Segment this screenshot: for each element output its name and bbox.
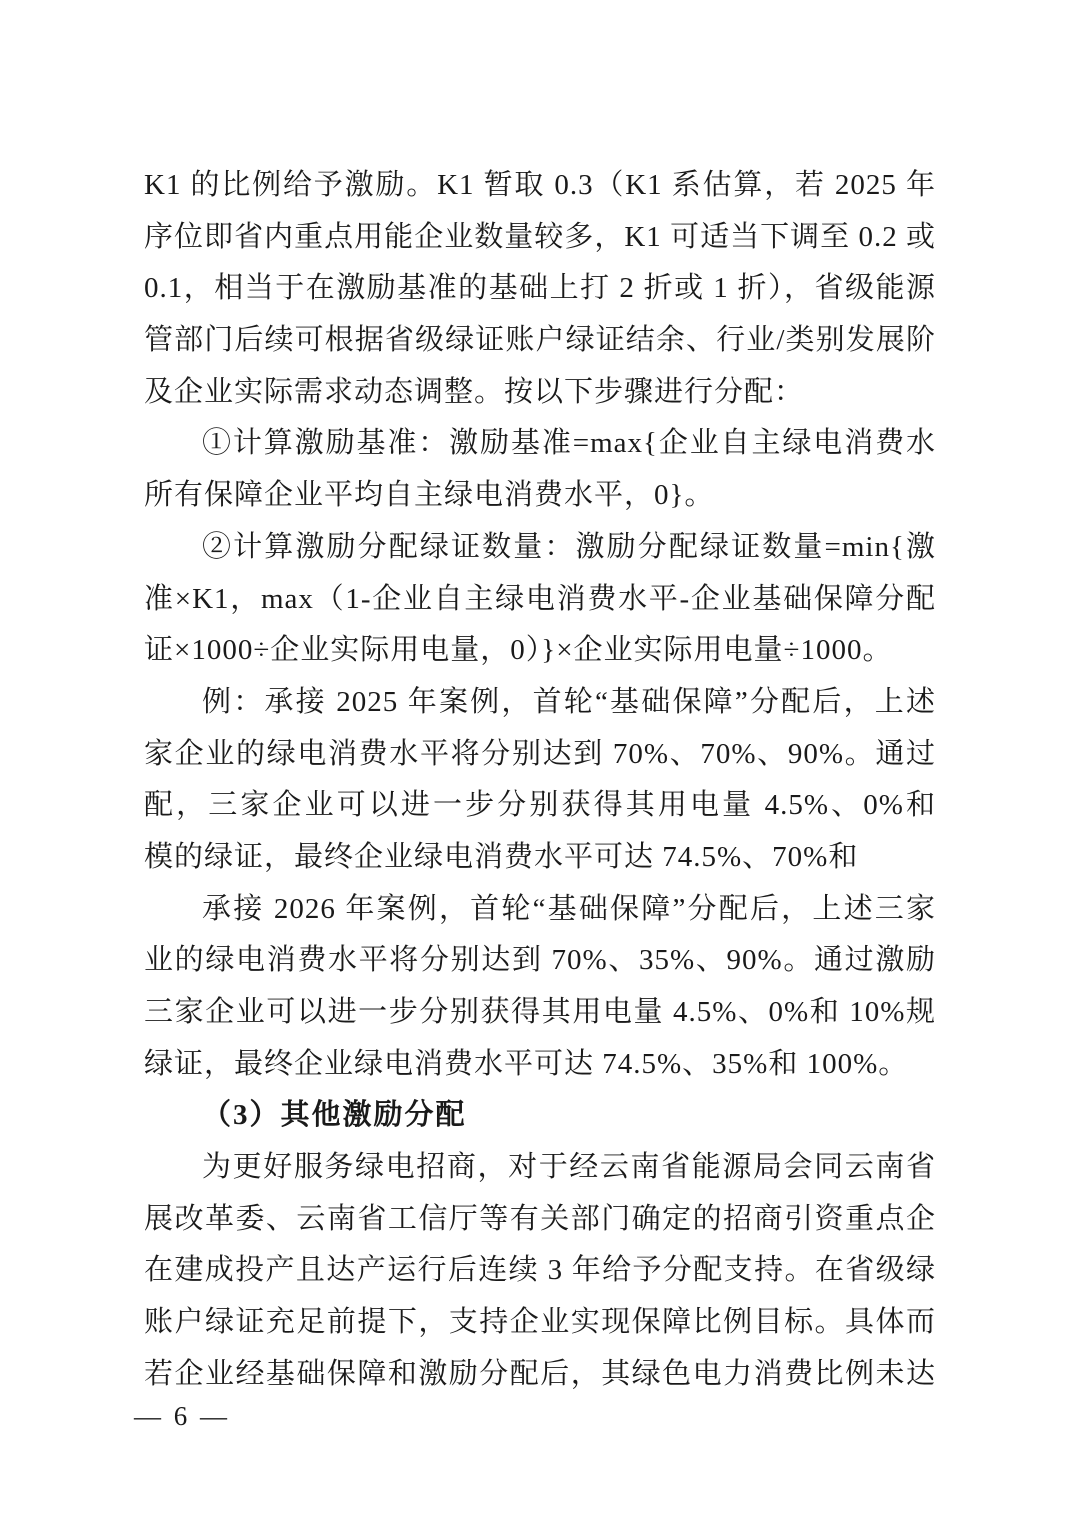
text-line: 及企业实际需求动态调整。按以下步骤进行分配： bbox=[144, 367, 936, 419]
document-page: K1 的比例给予激励。K1 暂取 0.3（K1 系估算，若 2025 年第二 序… bbox=[0, 0, 1080, 1527]
text-line: 三家企业可以进一步分别获得其用电量 4.5%、0%和 10%规模的 bbox=[144, 987, 936, 1039]
text-line: 模的绿证，最终企业绿电消费水平可达 74.5%、70%和 100%。 bbox=[144, 832, 936, 884]
page-number: — 6 — bbox=[134, 1396, 230, 1436]
document-body: K1 的比例给予激励。K1 暂取 0.3（K1 系估算，若 2025 年第二 序… bbox=[144, 160, 936, 1401]
text-line: 业的绿电消费水平将分别达到 70%、35%、90%。通过激励分配， bbox=[144, 935, 936, 987]
text-line: 账户绿证充足前提下，支持企业实现保障比例目标。具体而言， bbox=[144, 1297, 936, 1349]
text-line: 承接 2026 年案例，首轮“基础保障”分配后，上述三家企 bbox=[144, 884, 936, 936]
text-line: K1 的比例给予激励。K1 暂取 0.3（K1 系估算，若 2025 年第二 bbox=[144, 160, 936, 212]
text-line: 管部门后续可根据省级绿证账户绿证结余、行业/类别发展阶段 bbox=[144, 315, 936, 367]
text-line: 配，三家企业可以进一步分别获得其用电量 4.5%、0%和 10%规 bbox=[144, 780, 936, 832]
text-line: 绿证，最终企业绿电消费水平可达 74.5%、35%和 100%。 bbox=[144, 1039, 936, 1091]
text-line: 证×1000÷企业实际用电量，0）}×企业实际用电量÷1000。 bbox=[144, 625, 936, 677]
text-line: 若企业经基础保障和激励分配后，其绿色电力消费比例未达到 bbox=[144, 1349, 936, 1401]
text-line: 例：承接 2025 年案例，首轮“基础保障”分配后，上述三 bbox=[144, 677, 936, 729]
text-line: 准×K1，max（1-企业自主绿电消费水平-企业基础保障分配绿 bbox=[144, 574, 936, 626]
text-line: ①计算激励基准：激励基准=max{企业自主绿电消费水平- bbox=[144, 418, 936, 470]
text-line: ②计算激励分配绿证数量：激励分配绿证数量=min{激励基 bbox=[144, 522, 936, 574]
section-heading: （3）其他激励分配 bbox=[144, 1090, 936, 1142]
text-line: 所有保障企业平均自主绿电消费水平，0}。 bbox=[144, 470, 936, 522]
text-line: 展改革委、云南省工信厅等有关部门确定的招商引资重点企业， bbox=[144, 1194, 936, 1246]
text-line: 为更好服务绿电招商，对于经云南省能源局会同云南省发 bbox=[144, 1142, 936, 1194]
text-line: 在建成投产且达产运行后连续 3 年给予分配支持。在省级绿证 bbox=[144, 1245, 936, 1297]
text-line: 0.1，相当于在激励基准的基础上打 2 折或 1 折），省级能源主 bbox=[144, 263, 936, 315]
text-line: 序位即省内重点用能企业数量较多，K1 可适当下调至 0.2 或 bbox=[144, 212, 936, 264]
text-line: 家企业的绿电消费水平将分别达到 70%、70%、90%。通过激励分 bbox=[144, 729, 936, 781]
